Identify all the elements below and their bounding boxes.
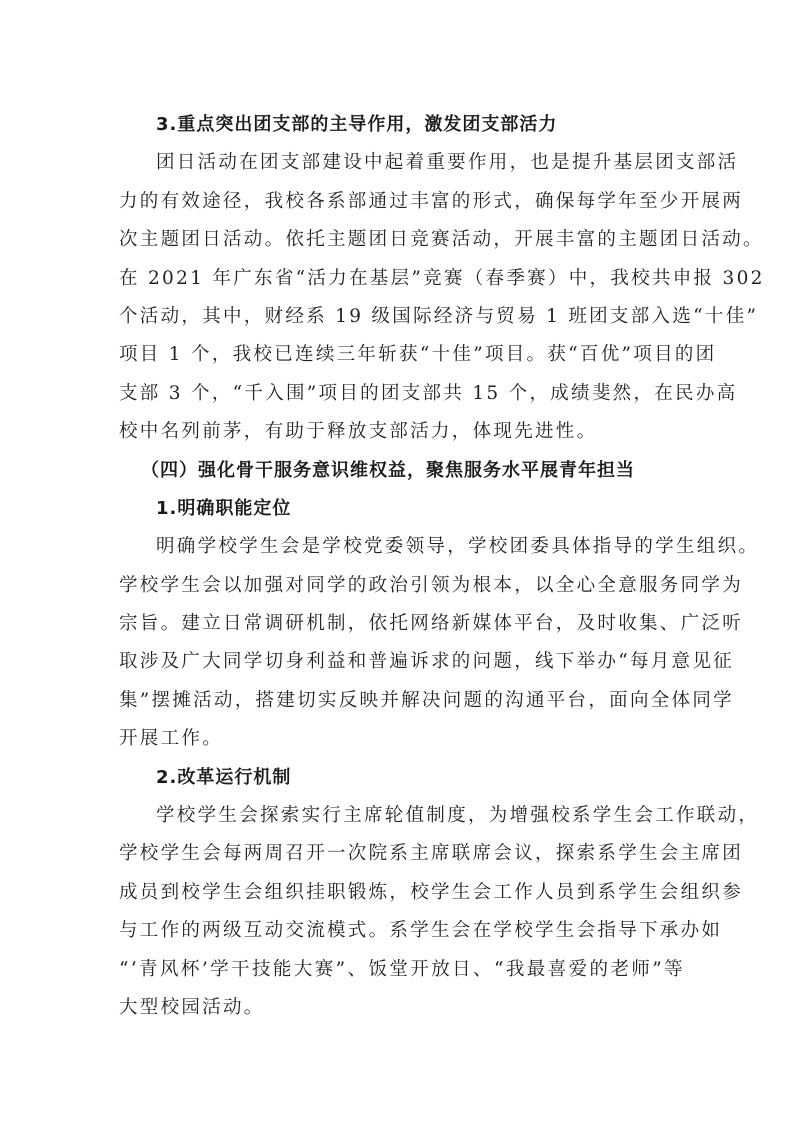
paragraph-line: 学校学生会探索实行主席轮值制度，为增强校系学生会工作联动，: [119, 797, 685, 835]
paragraph-line: 与工作的两级互动交流模式。系学生会在学校学生会指导下承办如: [119, 912, 685, 950]
paragraph-line: 学校学生会以加强对同学的政治引领为根本，以全心全意服务同学为: [119, 567, 685, 605]
paragraph-line: 支部 3 个，“千入围”项目的团支部共 15 个，成绩斐然，在民办高: [119, 375, 685, 413]
paragraph-line: 集”摆摊活动，搭建切实反映并解决问题的沟通平台，面向全体同学: [119, 682, 685, 720]
paragraph-line: 成员到校学生会组织挂职锻炼，校学生会工作人员到系学生会组织参: [119, 874, 685, 912]
paragraph-line: 取涉及广大同学切身利益和普遍诉求的问题，线下举办“每月意见征: [119, 643, 685, 681]
paragraph-line: 宗旨。建立日常调研机制，依托网络新媒体平台，及时收集、广泛听: [119, 605, 685, 643]
section-heading-4: （四）强化骨干服务意识维权益，聚焦服务水平展青年担当: [119, 452, 685, 490]
section-heading-3: 3.重点突出团支部的主导作用，激发团支部活力: [119, 106, 685, 144]
paragraph-line: 校中名列前茅，有助于释放支部活力，体现先进性。: [119, 413, 685, 451]
paragraph-line: 在 2021 年广东省“活力在基层”竞赛（春季赛）中，我校共申报 302: [119, 260, 685, 298]
paragraph-line: 学校学生会每两周召开一次院系主席联席会议，探索系学生会主席团: [119, 835, 685, 873]
paragraph-line: 大型校园活动。: [119, 989, 685, 1027]
subsection-heading-1: 1.明确职能定位: [119, 490, 685, 528]
paragraph-line: “‘青风杯’学干技能大赛”、饭堂开放日、“我最喜爱的老师”等: [119, 951, 685, 989]
document-page: 3.重点突出团支部的主导作用，激发团支部活力 团日活动在团支部建设中起着重要作用…: [119, 106, 685, 1027]
subsection-heading-2: 2.改革运行机制: [119, 759, 685, 797]
paragraph-line: 开展工作。: [119, 720, 685, 758]
paragraph-line: 明确学校学生会是学校党委领导，学校团委具体指导的学生组织。: [119, 528, 685, 566]
paragraph-line: 团日活动在团支部建设中起着重要作用，也是提升基层团支部活: [119, 144, 685, 182]
paragraph-line: 次主题团日活动。依托主题团日竞赛活动，开展丰富的主题团日活动。: [119, 221, 685, 259]
paragraph-line: 项目 1 个，我校已连续三年斩获“十佳”项目。获“百优”项目的团: [119, 336, 685, 374]
paragraph-line: 力的有效途径，我校各系部通过丰富的形式，确保每学年至少开展两: [119, 183, 685, 221]
paragraph-line: 个活动，其中，财经系 19 级国际经济与贸易 1 班团支部入选“十佳”: [119, 298, 685, 336]
